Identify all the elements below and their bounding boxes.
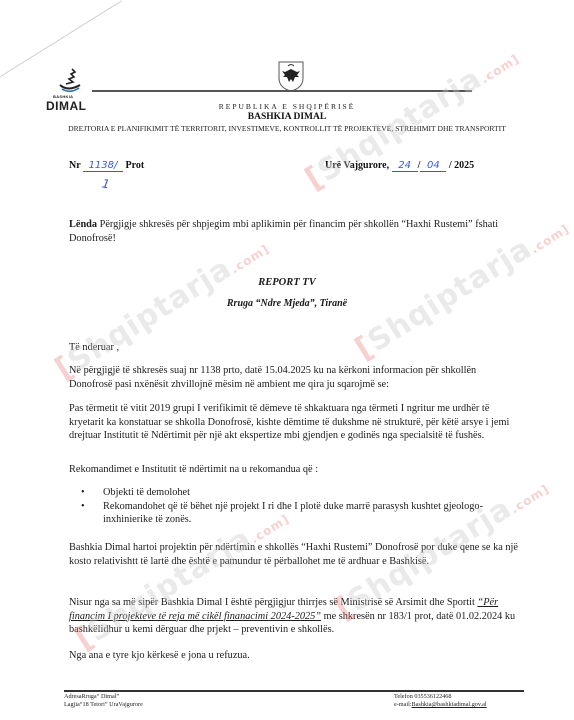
greeting: Të nderuar , — [69, 341, 119, 355]
recommendations-list: Objekti të demolohet Rekomandohet që të … — [69, 486, 519, 527]
paragraph-6: Nga ana e tyre kjo kërkesë e jona u refu… — [69, 649, 519, 663]
recommendation-item: Objekti të demolohet — [69, 486, 519, 500]
email-link[interactable]: Bashkia@bashkiadimal.gov.al — [412, 701, 487, 708]
department-title: DREJTORIA E PLANIFIKIMIT TË TERRITORIT, … — [50, 124, 524, 134]
subject-label: Lënda — [69, 219, 97, 230]
municipality-title: BASHKIA DIMAL — [0, 112, 574, 122]
protocol-number: Nr 1138/ Prot — [69, 160, 144, 172]
phone: Telefon 035536122468 — [394, 693, 487, 701]
month-handwritten: 04 — [420, 160, 446, 172]
nr-label: Nr — [69, 160, 80, 171]
place-date: Urë Vajgurore, 24/04 / 2025 — [325, 160, 474, 172]
nr-value-handwritten: 1138/ — [83, 160, 123, 172]
paragraph-1: Në përgjigjë të shkresës suaj nr 1138 pr… — [69, 364, 519, 391]
subject-line: Lënda Përgjigje shkresës për shpjegim mb… — [69, 218, 509, 245]
footer-address: AdresaRruga“ Dimal” Lagjia“18 Tetori” Ur… — [64, 693, 143, 709]
paragraph-3: Rekomandimet e Institutit të ndërtimit n… — [69, 463, 519, 477]
footer-contact: Telefon 035536122468 e-mail:Bashkia@bash… — [394, 693, 487, 709]
subject-text: Përgjigje shkresës për shpjegim mbi apli… — [69, 219, 498, 244]
year: / 2025 — [449, 160, 474, 171]
recommendation-item: Rekomandohet që të bëhet një projekt I r… — [69, 500, 519, 527]
recipient-address: Rruga “Ndre Mjeda”, Tiranë — [0, 298, 574, 309]
prot-label: Prot — [125, 160, 144, 171]
nr-sub-handwritten: 1 — [101, 176, 111, 191]
paragraph-2: Pas tërmetit të vitit 2019 grupi I verif… — [69, 402, 525, 443]
email-line: e-mail:Bashkia@bashkiadimal.gov.al — [394, 701, 487, 709]
paragraph-4: Bashkia Dimal hartoi projektin për ndërt… — [69, 541, 521, 568]
footer-rule — [64, 690, 524, 692]
recipient-name: REPORT TV — [0, 277, 574, 288]
day-handwritten: 24 — [392, 160, 418, 172]
albanian-coat-of-arms-icon — [277, 60, 305, 92]
letter-page: BASHKIA DIMAL REPUBLIKA E SHQIPËRISË BAS… — [0, 0, 574, 720]
address-line-2: Lagjia“18 Tetori” UraVajgurore — [64, 701, 143, 709]
bashkia-logo-icon — [58, 68, 82, 94]
address-line-1: AdresaRruga“ Dimal” — [64, 693, 143, 701]
paragraph-5-before: Nisur nga sa më sipër Bashkia Dimal I ës… — [69, 597, 477, 608]
place: Urë Vajgurore, — [325, 160, 389, 171]
republic-title: REPUBLIKA E SHQIPËRISË — [0, 102, 574, 111]
email-label: e-mail: — [394, 701, 412, 708]
paragraph-5: Nisur nga sa më sipër Bashkia Dimal I ës… — [69, 596, 525, 637]
header-rule — [92, 90, 472, 92]
